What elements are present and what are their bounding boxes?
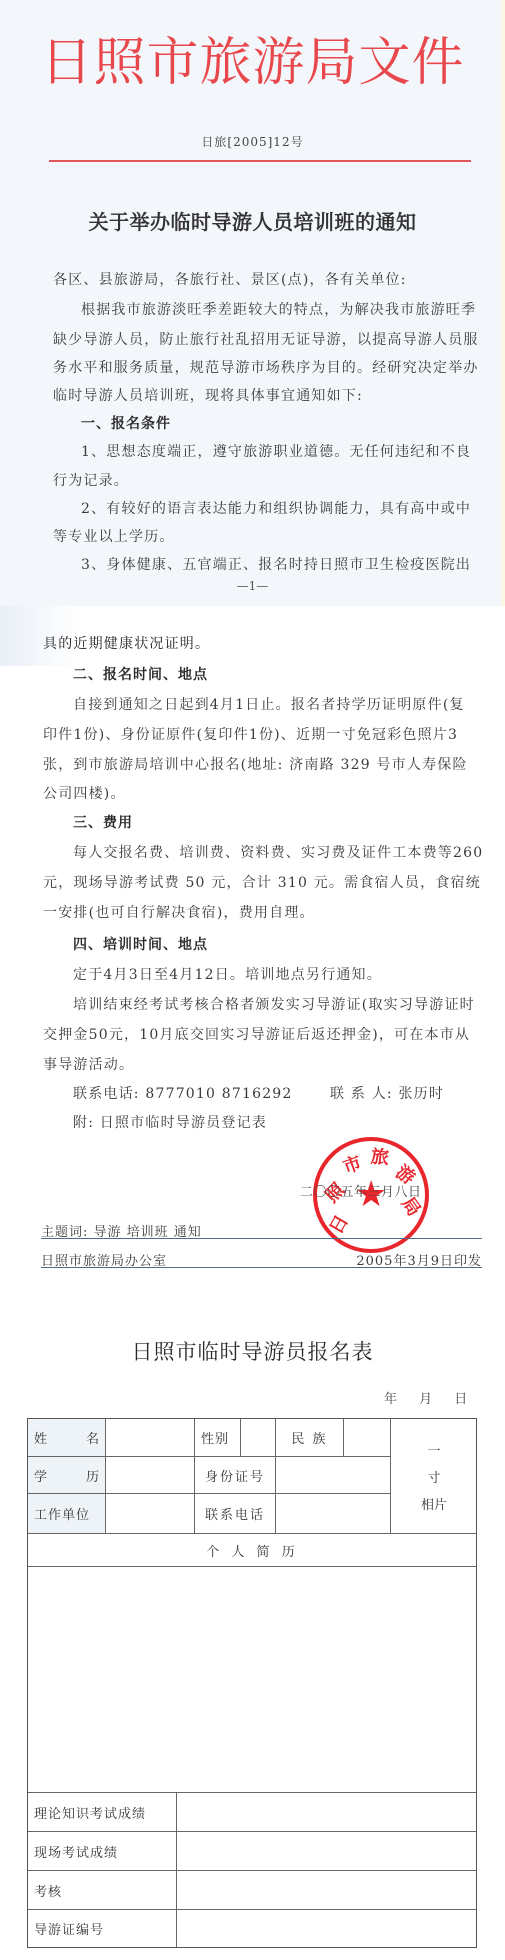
section-line: 行为记录。 [53, 466, 129, 496]
gender-field[interactable] [241, 1419, 276, 1457]
label-education: 学 历 [28, 1457, 106, 1494]
field-score-field[interactable] [177, 1832, 477, 1871]
photo-label: 一 [427, 1440, 440, 1459]
red-divider [49, 160, 471, 162]
label-text: 学 [34, 1466, 47, 1485]
photo-label: 相片 [421, 1494, 447, 1513]
section-line: 自接到通知之日起到4月1日止。报名者持学历证明原件(复 [73, 690, 465, 720]
label-assessment: 考核 [28, 1871, 177, 1910]
phone-field[interactable] [276, 1494, 391, 1534]
section-line: 张，到市旅游局培训中心报名(地址: 济南路 329 号市人寿保险 [43, 750, 468, 780]
document-number: 日旅[2005]12号 [0, 133, 505, 150]
notice-title: 关于举办临时导游人员培训班的通知 [0, 206, 505, 235]
section-line: 事导游活动。 [43, 1050, 134, 1080]
name-field[interactable] [106, 1419, 195, 1457]
section-line: 培训结束经考试考核合格者颁发实习导游证(取实习导游证时 [73, 990, 475, 1020]
salutation: 各区、县旅游局，各旅行社、景区(点)，各有关单位: [53, 265, 407, 295]
section-line: 等专业以上学历。 [53, 522, 175, 552]
footer-divider [41, 1267, 482, 1268]
page-number: —1— [0, 579, 505, 593]
label-guide-cert-no: 导游证编号 [28, 1910, 177, 1947]
work-unit-field[interactable] [106, 1494, 195, 1534]
section-line: 2、有较好的语言表达能力和组织协调能力，具有高中或中 [81, 494, 471, 524]
label-phone: 联系电话 [195, 1494, 276, 1534]
label-text: 历 [86, 1466, 99, 1485]
resume-header: 个 人 简 历 [28, 1534, 477, 1567]
section-heading: 四、培训时间、地点 [73, 930, 208, 960]
section-line: 定于4月3日至4月12日。培训地点另行通知。 [73, 960, 382, 990]
section-line: 印件1份)、身份证原件(复印件1份)、近期一寸免冠彩色照片3 [43, 720, 458, 750]
intro-line: 缺少导游人员，防止旅行社乱招用无证导游，以提高导游人员服 [53, 325, 479, 355]
section-line: 元，现场导游考试费 50 元，合计 310 元。需食宿人员，食宿统 [43, 868, 481, 898]
label-theory-score: 理论知识考试成绩 [28, 1793, 177, 1832]
label-ethnicity: 民 族 [276, 1419, 344, 1457]
section-line: 公司四楼)。 [43, 779, 126, 809]
intro-line: 临时导游人员培训班，现将具体事宜通知如下: [53, 381, 363, 411]
section-heading: 一、报名条件 [81, 409, 171, 439]
ethnicity-field[interactable] [344, 1419, 391, 1457]
label-text: 名 [86, 1428, 99, 1447]
attachment-note: 附: 日照市临时导游员登记表 [73, 1108, 267, 1138]
intro-line: 根据我市旅游淡旺季差距较大的特点，为解决我市旅游旺季 [81, 295, 476, 325]
section-line: 交押金50元，10月底交回实习导游证后返还押金)，可在本市从 [43, 1020, 470, 1050]
label-gender: 性别 [195, 1419, 241, 1457]
section-heading: 二、报名时间、地点 [73, 660, 208, 690]
assessment-field[interactable] [177, 1871, 477, 1910]
label-text: 姓 [34, 1428, 47, 1447]
section-heading: 三、费用 [73, 808, 133, 838]
section-line: 1、思想态度端正，遵守旅游职业道德。无任何违纪和不良 [81, 437, 471, 467]
label-id-number: 身份证号 [195, 1457, 276, 1494]
form-title: 日照市临时导游员报名表 [0, 1336, 505, 1366]
section-line: 每人交报名费、培训费、资料费、实习费及证件工本费等260 [73, 838, 483, 868]
photo-box[interactable]: 一 寸 相片 [391, 1419, 477, 1534]
signature-date: 二〇〇五年三月八日 [300, 1181, 422, 1200]
seal-char: 旅 [370, 1142, 390, 1169]
label-work-unit: 工作单位 [28, 1494, 106, 1534]
intro-line: 务水平和服务质量，规范导游市场秩序为目的。经研究决定举办 [53, 353, 479, 383]
section-line: 3、身体健康、五官端正、报名时持日照市卫生检疫医院出 [81, 550, 471, 580]
contact-phone: 联系电话: 8777010 8716292 [73, 1079, 293, 1109]
section-line: 一安排(也可自行解决食宿)，费用自理。 [43, 898, 315, 928]
form-date-line: 年 月 日 [384, 1388, 471, 1407]
photo-label: 寸 [427, 1467, 440, 1486]
registration-form-table: 姓 名 性别 民 族 一 寸 相片 学 历 身份证号 工作单位 联系电话 个 人… [27, 1418, 477, 1948]
label-field-score: 现场考试成绩 [28, 1832, 177, 1871]
contact-person: 联 系 人: 张历时 [330, 1079, 444, 1109]
guide-cert-no-field[interactable] [177, 1910, 477, 1947]
label-name: 姓 名 [28, 1419, 106, 1457]
resume-field[interactable] [28, 1567, 477, 1793]
footer-divider [41, 1238, 482, 1239]
theory-score-field[interactable] [177, 1793, 477, 1832]
masthead-title: 日照市旅游局文件 [0, 28, 505, 98]
education-field[interactable] [106, 1457, 195, 1494]
section-line: 具的近期健康状况证明。 [43, 629, 210, 659]
id-number-field[interactable] [276, 1457, 391, 1494]
